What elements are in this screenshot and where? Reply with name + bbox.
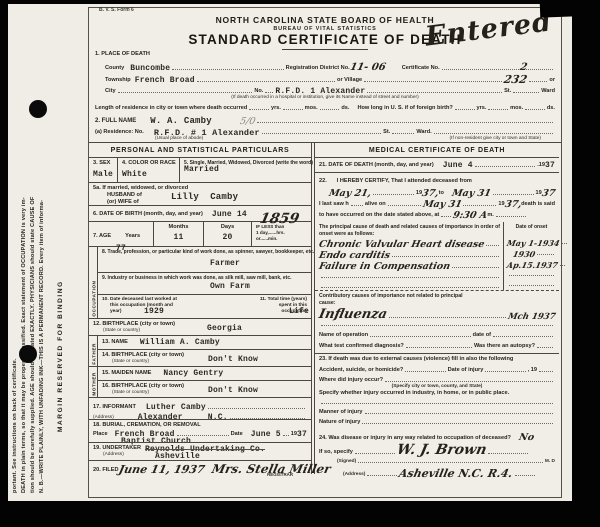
sex-label: 3. SEX bbox=[93, 160, 113, 167]
father-name-label: 13. NAME bbox=[102, 339, 128, 346]
nonresident-note: (If non-resident give city or town and S… bbox=[450, 136, 541, 142]
residence-length-label: Length of residence in city or town wher… bbox=[95, 105, 247, 112]
county-label: County bbox=[105, 65, 124, 72]
dob-typed: June 14 bbox=[212, 211, 247, 219]
city-no-label: No. bbox=[254, 88, 263, 95]
test-label: What test confirmed diagnosis? bbox=[319, 343, 404, 350]
race-value: White bbox=[122, 171, 175, 179]
address-label: (Address) bbox=[343, 472, 365, 478]
birthplace-label2: (State or country) bbox=[103, 328, 307, 334]
residence-ward-label: Ward. bbox=[416, 129, 431, 136]
foreign-birth-label: How long in U. S. if of foreign birth? bbox=[357, 105, 452, 112]
related-occupation-label: 24. Was disease or injury in any way rel… bbox=[319, 435, 511, 442]
township-label: Township bbox=[105, 77, 131, 84]
st-label: St. bbox=[504, 88, 511, 95]
death-time-hw: 9:30 A bbox=[452, 211, 488, 221]
village-label: or Village bbox=[337, 77, 362, 84]
ds-label: ds. bbox=[341, 105, 349, 112]
physician-signature-hw: W. J. Brown bbox=[395, 443, 487, 457]
punch-hole bbox=[19, 345, 37, 363]
spouse-label: 5a. If married, widowed, or divorced bbox=[93, 185, 307, 192]
dod-label: 21. DATE OF DEATH (month, day, and year) bbox=[319, 162, 434, 169]
manner-label: Manner of injury bbox=[319, 409, 363, 416]
sex-value: Male bbox=[93, 171, 113, 179]
mother-name-value: Nancy Gentry bbox=[163, 370, 223, 378]
father-name-value: William A. Camby bbox=[140, 339, 220, 347]
specify-label: Specify whether injury occurred in indus… bbox=[319, 390, 555, 397]
burial-label: 18. BURIAL, CREMATION, OR REMOVAL bbox=[93, 422, 307, 429]
years-label: Years bbox=[125, 233, 140, 239]
months-label: Months bbox=[158, 224, 199, 231]
personal-particulars-column: PERSONAL AND STATISTICAL PARTICULARS 3. … bbox=[89, 143, 311, 474]
trade-label: 8. Trade, profession, or particular kind… bbox=[102, 249, 222, 255]
city-label: City bbox=[105, 88, 116, 95]
autopsy-label: Was there an autopsy? bbox=[474, 343, 535, 350]
dod-year-pre: .19 bbox=[537, 162, 545, 169]
right-column-header: MEDICAL CERTIFICATE OF DEATH bbox=[315, 143, 559, 158]
injury-year-pre: , 19 bbox=[528, 367, 537, 374]
registrar-label: REGISTRAR bbox=[267, 472, 293, 477]
mos-label: mos. bbox=[305, 105, 318, 112]
operation-date-label: date of bbox=[473, 332, 491, 339]
trade-value: Farmer bbox=[210, 260, 240, 268]
race-label: 4. COLOR OR RACE bbox=[122, 160, 175, 167]
medical-certificate-column: MEDICAL CERTIFICATE OF DEATH 21. DATE OF… bbox=[315, 143, 559, 474]
or-label: or bbox=[549, 77, 555, 84]
burial-place-label: Place bbox=[93, 431, 108, 438]
burial-place-value: French Broad bbox=[115, 431, 175, 439]
birthplace-value: Georgia bbox=[207, 325, 242, 333]
ds-label: ds. bbox=[547, 105, 555, 112]
district-label: Registration District No. bbox=[286, 65, 350, 72]
informant-label: 17. INFORMANT bbox=[93, 404, 136, 411]
left-column-header: PERSONAL AND STATISTICAL PARTICULARS bbox=[89, 143, 311, 158]
occupation-side-label: OCCUPATION bbox=[89, 247, 98, 318]
nature-label: Nature of injury bbox=[319, 419, 360, 426]
father-side-label: FATHER bbox=[89, 336, 98, 366]
lastsaw-text2: alive on bbox=[365, 201, 386, 208]
full-name-label: 2. FULL NAME bbox=[95, 118, 136, 126]
scan-corner-shadow bbox=[540, 1, 575, 17]
where-injury-label: Where did injury occur? bbox=[319, 377, 383, 384]
if-less-label3: or......min. bbox=[256, 236, 307, 242]
form-number: B. V. S. Form 6 bbox=[99, 7, 134, 13]
lastsaw-text1: I last saw h bbox=[319, 201, 349, 208]
occurred-text: to have occurred on the date stated abov… bbox=[319, 212, 439, 219]
mother-side-label: MOTHER bbox=[89, 367, 98, 397]
filed-date-hw: June 11, 1937 bbox=[117, 464, 205, 475]
age-label: 7. AGE bbox=[93, 233, 111, 239]
place-of-death-label: 1. PLACE OF DEATH bbox=[95, 50, 555, 60]
time-m-label: m. bbox=[487, 212, 494, 219]
operation-label: Name of operation bbox=[319, 332, 368, 339]
certificate-form: B. V. S. Form 6 Entered NORTH CAROLINA S… bbox=[88, 7, 562, 498]
death-certificate-scan: portant. See instructions on back of cer… bbox=[8, 4, 572, 501]
filed-label: 20. FILED bbox=[93, 467, 119, 474]
certify-block: 22. I HEREBY CERTIFY, That I attended de… bbox=[315, 172, 559, 222]
principal-label: The principal cause of death and related… bbox=[319, 224, 501, 231]
margin-note-line2: tion should be carefully supplied. AGE s… bbox=[31, 196, 37, 493]
death-is-said: death is said bbox=[521, 201, 555, 208]
ifso-label: If so, specify bbox=[319, 449, 353, 456]
physician-address-hw: Asheville N.C. R.4. bbox=[398, 468, 514, 479]
burial-year-value: 37 bbox=[297, 431, 307, 439]
residence-st-label: St. bbox=[383, 129, 390, 136]
residence-label: (a) Residence: No. bbox=[95, 129, 144, 136]
mother-name-label: 15. MAIDEN NAME bbox=[102, 370, 151, 377]
margin-note-line1: N. B.—WRITE PLAINLY, WITH UNFADING INK—T… bbox=[40, 200, 46, 493]
dod-year: 37 bbox=[545, 162, 555, 170]
contributory-section: Contributory causes of importance not re… bbox=[315, 290, 559, 331]
age-months-value: 11 bbox=[158, 234, 199, 242]
certificate-label: Certificate No. bbox=[402, 65, 440, 72]
age-days-value: 20 bbox=[208, 234, 247, 242]
certify-text: I HEREBY CERTIFY, That I attended deceas… bbox=[337, 178, 472, 185]
certify-no: 22. bbox=[319, 178, 327, 185]
punch-hole bbox=[29, 100, 47, 118]
mos-label: mos. bbox=[510, 105, 523, 112]
father-bp-value: Don't Know bbox=[208, 356, 258, 364]
mother-bp-value: Don't Know bbox=[208, 387, 258, 395]
yrs-label: yrs. bbox=[271, 105, 281, 112]
dod-typed: June 4 bbox=[443, 162, 473, 170]
to-label: to bbox=[439, 190, 444, 197]
margin-binding-label: MARGIN RESERVED FOR BINDING bbox=[58, 280, 65, 432]
accident-label: Accident, suicide, or homicide? bbox=[319, 367, 403, 374]
industry-label: 9. Industry or business in which work wa… bbox=[102, 275, 222, 281]
lastwork-value: 1929 bbox=[144, 308, 164, 316]
injury-date-label: Date of injury bbox=[448, 367, 484, 374]
margin-note-line4: portant. See instructions on back of cer… bbox=[13, 358, 19, 493]
principal-cause-section: The principal cause of death and related… bbox=[315, 222, 559, 290]
yrs-label: yrs. bbox=[477, 105, 487, 112]
spouse-value: Lilly Camby bbox=[171, 193, 238, 202]
burial-date-value: June 5 bbox=[251, 431, 281, 439]
street-value: R.F.D. 1 Alexander bbox=[275, 88, 365, 96]
totaltime-value: Life bbox=[289, 308, 309, 316]
days-label: Days bbox=[208, 224, 247, 231]
dob-label: 6. DATE OF BIRTH (month, day, and year) bbox=[93, 211, 203, 218]
abode-note: (Usual place of abode) bbox=[155, 136, 203, 142]
external-causes-label: 23. If death was due to external causes … bbox=[319, 356, 555, 363]
industry-value: Own Farm bbox=[210, 283, 250, 291]
marital-value: Married bbox=[184, 166, 313, 174]
ward-label: Ward bbox=[541, 88, 555, 95]
burial-date-label: Date bbox=[231, 431, 243, 438]
dob-year-hw: 1859 bbox=[259, 212, 301, 226]
